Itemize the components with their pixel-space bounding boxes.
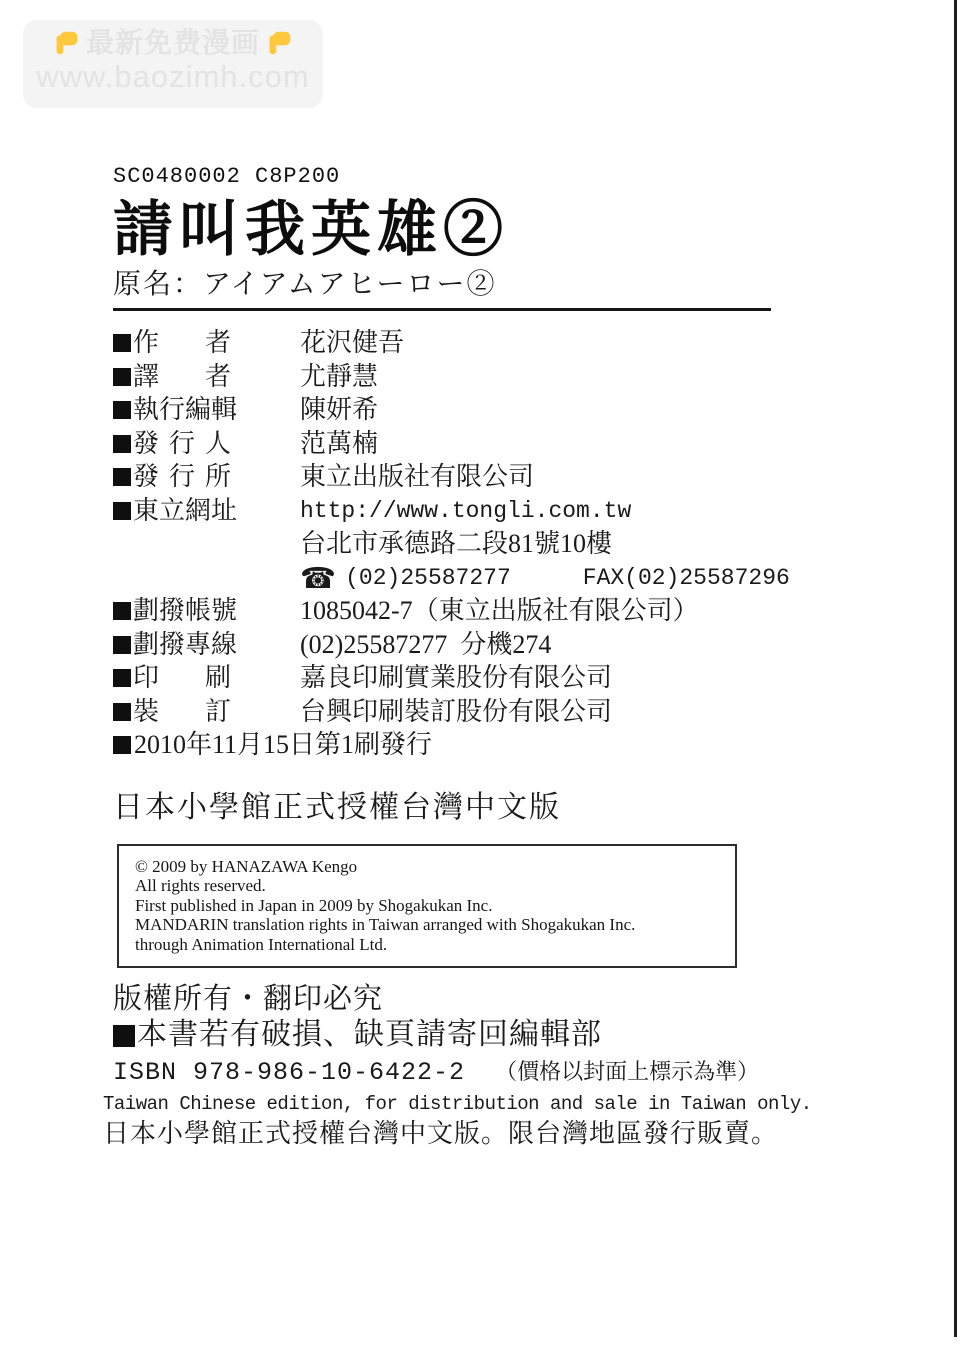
square-bullet-icon: [113, 368, 131, 386]
divider-rule: [113, 308, 771, 311]
publisher-url: http://www.tongli.com.tw: [300, 495, 631, 527]
rights-notice: 版權所有・翻印必究: [113, 983, 853, 1015]
product-code: SC0480002 C8P200: [113, 162, 853, 192]
copyright-line: First published in Japan in 2009 by Shog…: [135, 896, 725, 916]
credit-value: 花沢健吾: [300, 327, 404, 359]
credit-value: 1085042-7（東立出版社有限公司）: [300, 595, 699, 627]
square-bullet-icon: [113, 468, 131, 486]
credit-row-translator: 譯者 尤靜慧: [113, 361, 853, 395]
credit-row-postal-line: 劃撥專線 (02)25587277 分機274: [113, 629, 853, 663]
credit-row-publisher: 發行所 東立出版社有限公司: [113, 461, 853, 495]
book-title: 請叫我英雄②: [113, 194, 853, 266]
credit-value: 東立出版社有限公司: [300, 461, 534, 493]
square-bullet-icon: [113, 435, 131, 453]
credit-row-edition-date: 2010年11月15日第1刷發行: [113, 729, 853, 763]
pointing-down-finger-icon: [265, 29, 294, 58]
credit-label: 裝訂: [133, 696, 231, 728]
copyright-line: © 2009 by HANAZAWA Kengo: [135, 857, 725, 877]
square-bullet-icon: [113, 334, 131, 352]
watermark-text: 最新免费漫画: [86, 27, 260, 59]
square-bullet-icon: [113, 502, 131, 520]
credit-value: 陳妍希: [300, 394, 378, 426]
square-bullet-icon: [113, 736, 131, 754]
damage-notice-row: 本書若有破損、缺頁請寄回編輯部: [113, 1018, 853, 1052]
credit-row-postal-account: 劃撥帳號 1085042-7（東立出版社有限公司）: [113, 595, 853, 629]
credit-row-binder: 裝訂 台興印刷裝訂股份有限公司: [113, 696, 853, 730]
isbn-code: ISBN 978-986-10-6422-2: [113, 1058, 465, 1087]
distribution-notice-zh: 日本小學館正式授權台灣中文版。限台灣地區發行販賣。: [103, 1117, 853, 1150]
credits-list: 作者 花沢健吾 譯者 尤靜慧 執行編輯 陳妍希 發行人 范萬楠 發行所: [113, 327, 853, 763]
credit-label: 發行所: [133, 461, 231, 493]
credit-label: 發行人: [133, 428, 231, 460]
credit-label: 譯者: [133, 361, 231, 393]
pointing-down-finger-icon: [52, 29, 81, 58]
distribution-notice-en: Taiwan Chinese edition, for distribution…: [103, 1092, 853, 1116]
colophon-content: SC0480002 C8P200 請叫我英雄② 原名：アイアムアヒーロー② 作者…: [113, 162, 853, 1150]
copyright-line: through Animation International Ltd.: [135, 935, 725, 955]
credit-row-author: 作者 花沢健吾: [113, 327, 853, 361]
credit-label: 作者: [133, 327, 231, 359]
square-bullet-icon: [113, 636, 131, 654]
price-note: （價格以封面上標示為準）: [495, 1059, 759, 1084]
phone-number: (02)25587277: [345, 562, 511, 594]
square-bullet-icon: [113, 669, 131, 687]
credit-value: 范萬楠: [300, 428, 378, 460]
credit-label: 印刷: [133, 662, 231, 694]
credit-row-editor: 執行編輯 陳妍希: [113, 394, 853, 428]
watermark-title-row: 最新免费漫画: [23, 27, 323, 59]
credit-value: 尤靜慧: [300, 361, 378, 393]
publisher-address: 台北市承德路二段81號10樓: [300, 528, 612, 560]
credit-label: 劃撥帳號: [133, 595, 231, 627]
credit-label: 東立網址: [133, 495, 231, 527]
credit-row-publisher-person: 發行人 范萬楠: [113, 428, 853, 462]
credit-value: 嘉良印刷實業股份有限公司: [300, 662, 612, 694]
square-bullet-icon: [113, 1025, 135, 1047]
credit-label: 執行編輯: [133, 394, 231, 426]
edition-date: 2010年11月15日第1刷發行: [134, 729, 432, 761]
credit-row-printer: 印刷 嘉良印刷實業股份有限公司: [113, 662, 853, 696]
original-title: 原名：アイアムアヒーロー②: [113, 268, 853, 302]
scan-edge-line: [954, 0, 957, 1337]
square-bullet-icon: [113, 401, 131, 419]
damage-notice: 本書若有破損、缺頁請寄回編輯部: [137, 1018, 602, 1052]
copyright-line: MANDARIN translation rights in Taiwan ar…: [135, 915, 725, 935]
isbn-row: ISBN 978-986-10-6422-2 （價格以封面上標示為準）: [113, 1057, 853, 1090]
credit-row-address: 台北市承德路二段81號10樓: [113, 528, 853, 562]
credit-row-phone: ☎ (02)25587277 FAX(02)25587296: [113, 562, 853, 596]
square-bullet-icon: [113, 703, 131, 721]
telephone-icon: ☎: [300, 562, 336, 594]
license-heading: 日本小學館正式授權台灣中文版: [113, 791, 853, 825]
copyright-line: All rights reserved.: [135, 876, 725, 896]
fax-number: FAX(02)25587296: [583, 562, 790, 594]
watermark-url: www.baozimh.com: [23, 59, 323, 95]
credit-row-website: 東立網址 http://www.tongli.com.tw: [113, 495, 853, 529]
credit-label: 劃撥專線: [133, 629, 231, 661]
credit-value: 台興印刷裝訂股份有限公司: [300, 696, 612, 728]
copyright-box: © 2009 by HANAZAWA Kengo All rights rese…: [117, 844, 737, 969]
credit-value: (02)25587277 分機274: [300, 629, 551, 661]
colophon-page: 最新免费漫画 www.baozimh.com SC0480002 C8P200 …: [0, 0, 960, 1358]
square-bullet-icon: [113, 602, 131, 620]
watermark-banner: 最新免费漫画 www.baozimh.com: [23, 20, 323, 108]
